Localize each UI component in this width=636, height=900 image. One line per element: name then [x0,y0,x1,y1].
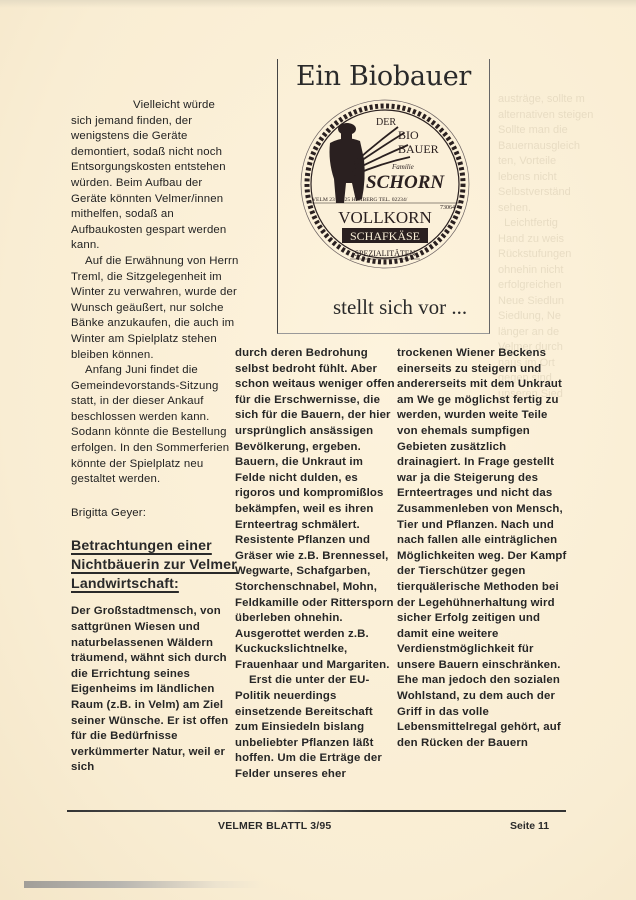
footer-divider [67,810,566,812]
article-title: Betrachtungen einer Nichtbäuerin zur Vel… [71,537,239,594]
column-3: trockenen Wiener Beckens einerseits zu s… [397,346,569,751]
paragraph-spielplatz-1: Vielleicht würde sich jemand finden, der… [71,98,239,254]
seal-vollkorn: VOLLKORN [338,208,432,227]
ad-headline: Ein Biobauer [278,61,489,92]
footer-publication: VELMER BLATTL 3/95 [218,820,331,832]
seal-bio-text: BIO [398,128,419,142]
paragraph-first-line: Vielleicht würde [71,98,239,114]
scan-edge-shadow [0,0,636,8]
author-byline: Brigitta Geyer: [71,506,239,522]
paragraph-text: sich jemand finden, der wenigstens die G… [71,115,226,252]
ad-tagline: stellt sich vor ... [333,295,467,320]
paragraph-spielplatz-3: Anfang Juni findet die Gemeindevorstands… [71,363,239,488]
seal-familie-text: Familie [391,163,414,171]
seal-family-name: SCHORN [366,172,445,193]
paragraph-spielplatz-2: Auf die Erwähnung von Herrn Treml, die S… [71,254,239,363]
biobauer-advertisement: Ein Biobauer DER BIO BAUER Familie SCHOR… [277,59,490,334]
article-paragraph: Erst die unter der EU-Politik neuerdings… [235,673,395,782]
seal-bauer-text: BAUER [398,142,439,156]
scanned-page: austräge, sollte m alternativen steigen … [0,0,636,900]
article-title-text: Betrachtungen einer Nichtbäuerin zur Vel… [71,538,237,592]
article-paragraph: trockenen Wiener Beckens einerseits zu s… [397,346,569,751]
footer-page-number: Seite 11 [510,820,549,832]
article-paragraph: durch deren Bedrohung selbst bedroht füh… [235,346,395,673]
seal-schafkaese: SCHAFKÄSE [350,229,420,243]
seal-address: VELM 23 , 2325 HIMBERG TEL. 02234/ [312,197,408,203]
column-1: Vielleicht würde sich jemand finden, der… [71,98,239,776]
article-intro-paragraph: Der Großstadtmensch, von sattgrünen Wies… [71,604,239,776]
seal-spezialitaeten: SPEZIALITÄTEN [355,249,416,258]
seal-phone-handwritten: 73064 [440,205,455,211]
farm-seal-logo: DER BIO BAUER Familie SCHORN VELM 23 , 2… [300,99,470,269]
seal-der-text: DER [376,117,396,128]
column-2: durch deren Bedrohung selbst bedroht füh… [235,346,395,783]
scan-artifact [24,881,264,888]
